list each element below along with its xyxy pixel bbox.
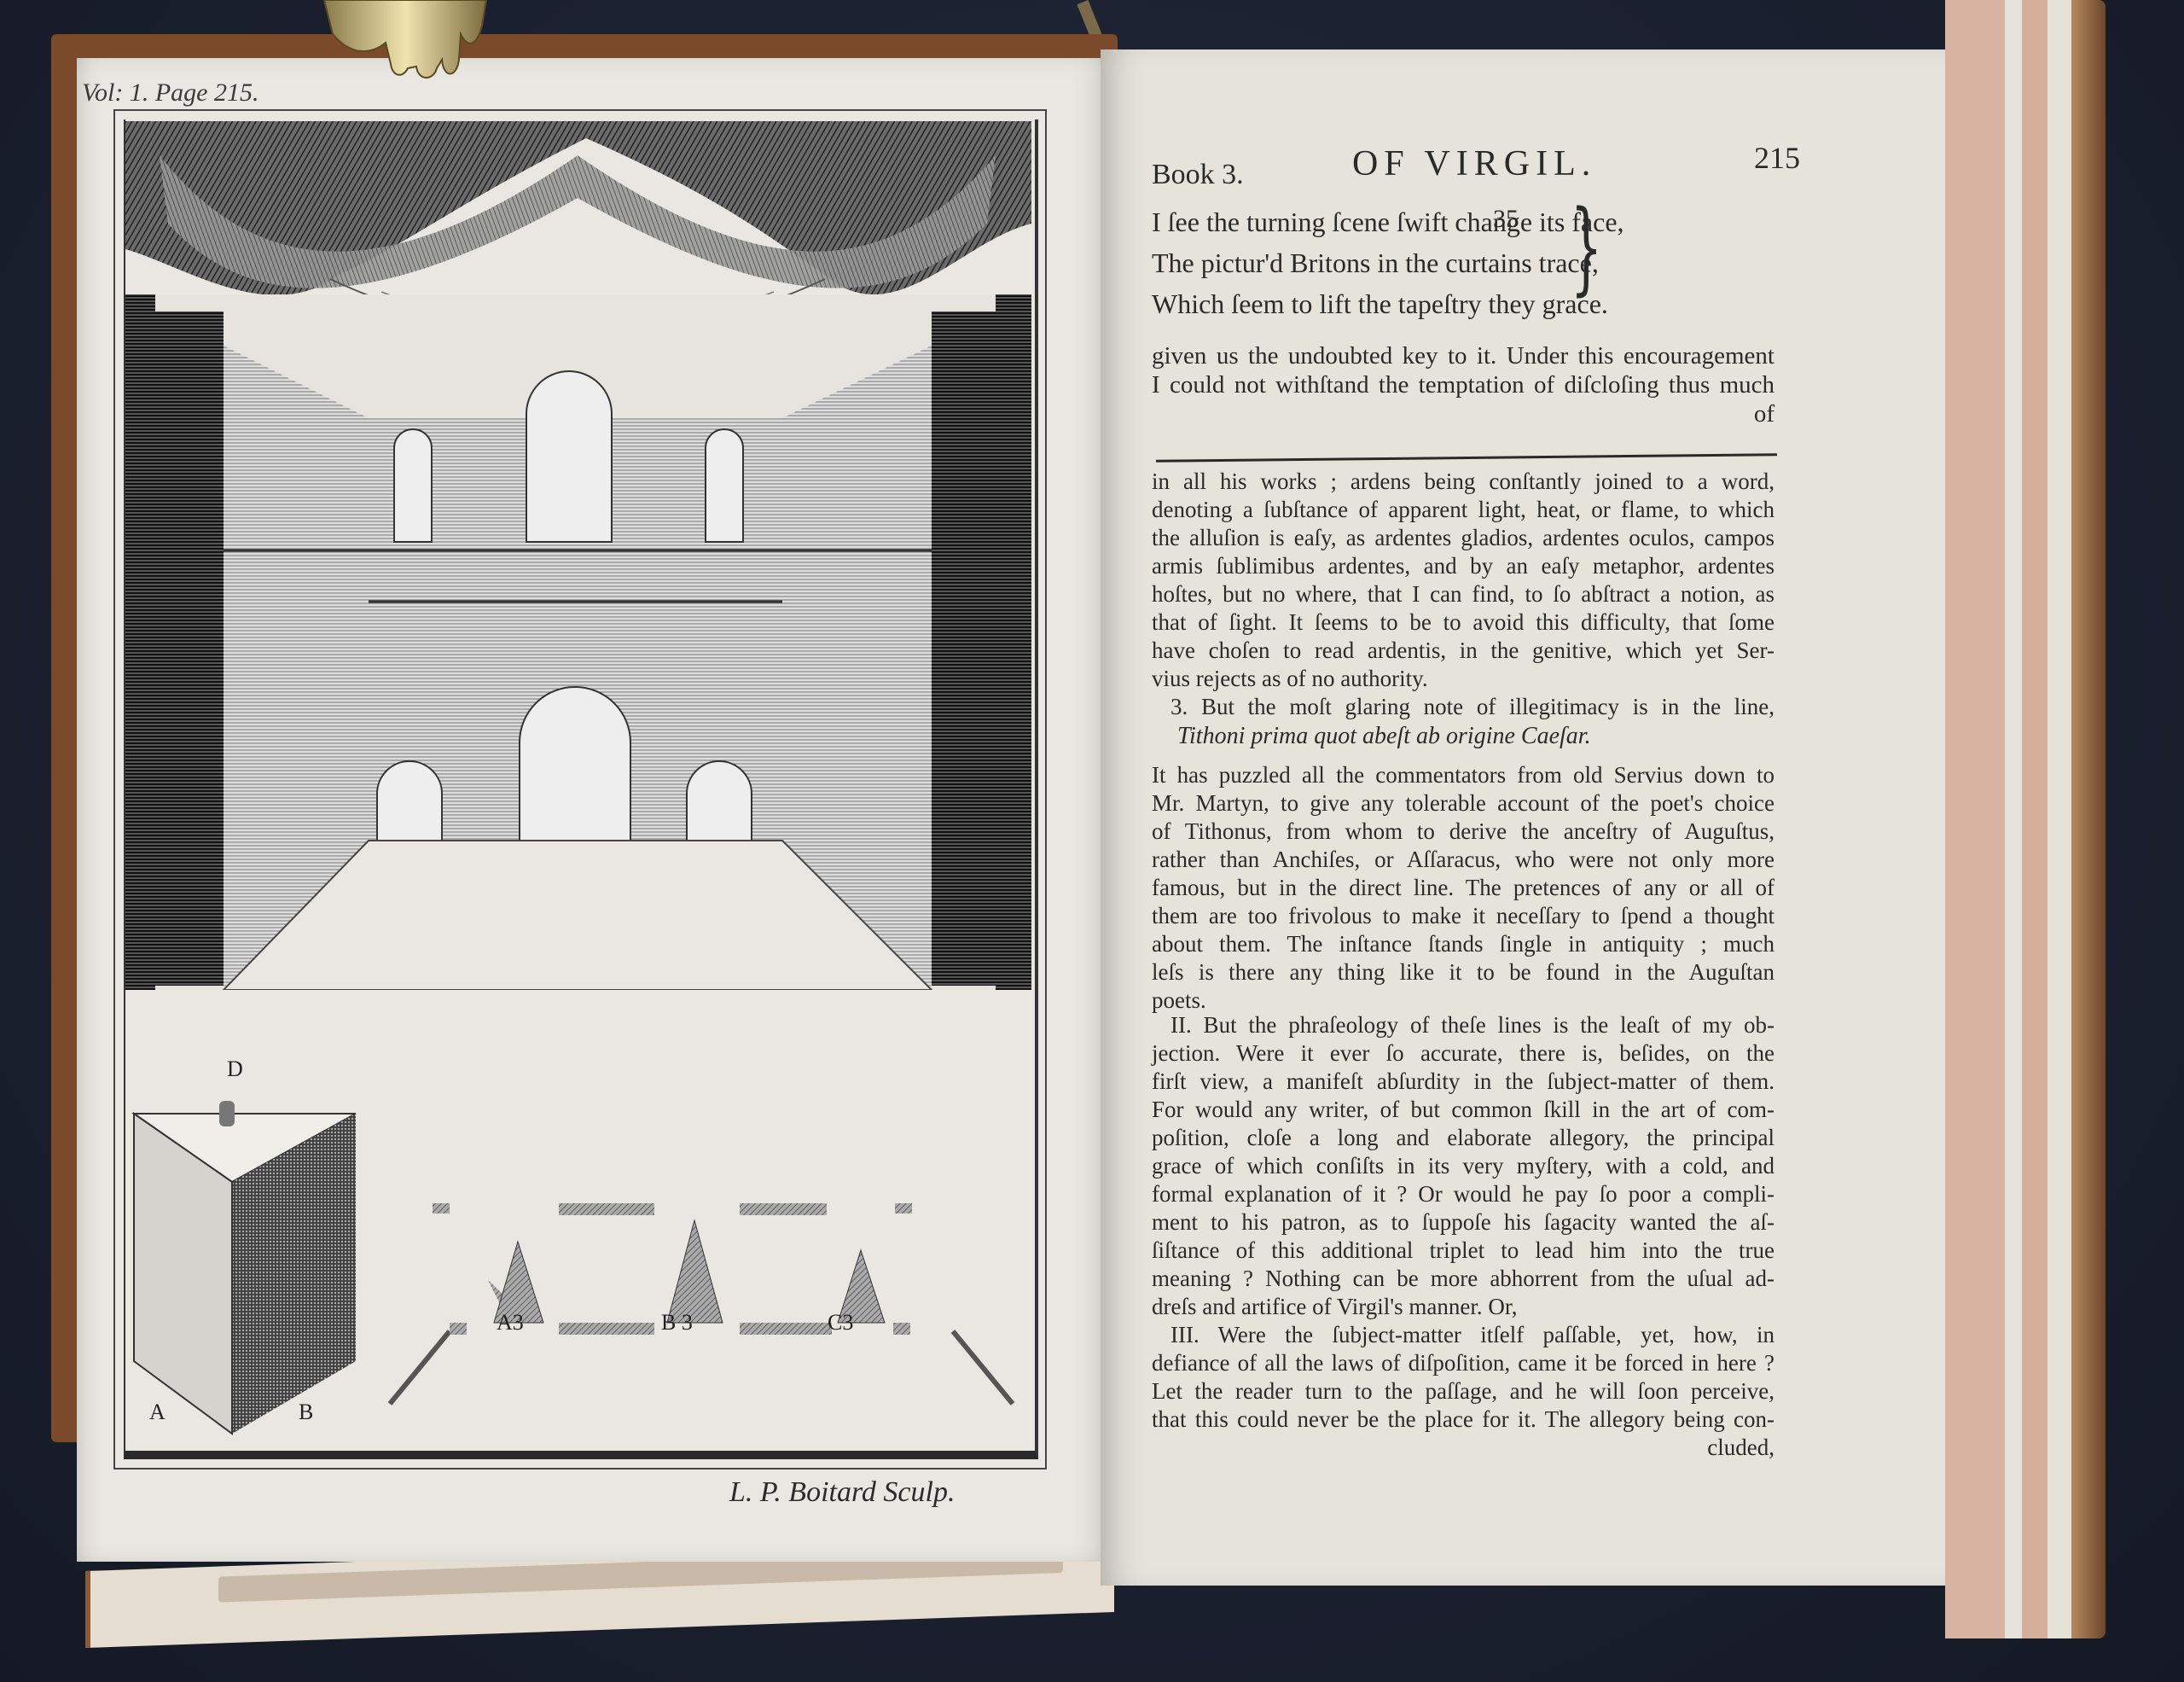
label-a: A <box>149 1400 166 1425</box>
text-line: of Tithonus, from whom to derive the anc… <box>1152 818 1774 846</box>
text-line: Let the reader turn to the paſſage, and … <box>1152 1377 1774 1406</box>
text-line: denoting a ſubſtance of apparent light, … <box>1152 496 1774 524</box>
text-line: vius rejects as of no authority. <box>1152 665 1774 693</box>
text-line: have choſen to read ardentis, in the gen… <box>1152 637 1774 665</box>
running-head-book: Book 3. <box>1152 159 1244 191</box>
text-line: Mr. Martyn, to give any tolerable accoun… <box>1152 789 1774 818</box>
text-line: It has puzzled all the commentators from… <box>1152 761 1774 789</box>
text-line: firſt view, a manifeſt abſurdity in the … <box>1152 1068 1774 1096</box>
text-line: grace of which conſiſts in its very myſt… <box>1152 1152 1774 1180</box>
text-line: given us the undoubted key to it. Under … <box>1152 341 1774 370</box>
text-line: formal explanation of it ? Or would he p… <box>1152 1180 1774 1208</box>
text-line: about them. The inſtance ſtands ſingle i… <box>1152 930 1774 958</box>
brass-hand-bookmark <box>307 0 495 79</box>
text-line: defiance of all the laws of diſpoſition,… <box>1152 1349 1774 1377</box>
text-line: III. Were the ſubject-matter itſelf paſſ… <box>1152 1321 1774 1349</box>
text-line: in all his works ; ardens being conſtant… <box>1152 468 1774 496</box>
text-line: the alluſion is eaſy, as ardentes gladio… <box>1152 524 1774 552</box>
text-line: them are too frivolous to make it neceſſ… <box>1152 902 1774 930</box>
text-line: famous, but in the direct line. The pret… <box>1152 874 1774 902</box>
plate-volume-label: Vol: 1. Page 215. <box>82 79 258 108</box>
text-line: dreſs and artifice of Virgil's manner. O… <box>1152 1293 1774 1321</box>
text-line: meaning ? Nothing can be more abhorrent … <box>1152 1265 1774 1293</box>
running-head-title: OF VIRGIL. <box>1352 143 1596 184</box>
page-edges-stack <box>1945 0 2124 1638</box>
text-line: of <box>1152 399 1774 428</box>
paragraph-a: in all his works ; ardens being conſtant… <box>1152 468 1774 721</box>
text-line: that this could never be the place for i… <box>1152 1406 1774 1434</box>
verse-line: Which ſeem to lift the tapeſtry they gra… <box>1152 283 1800 324</box>
paragraph-c: II. But the phraſeology of theſe lines i… <box>1152 1011 1774 1462</box>
verse-block: I ſee the turning ſcene ſwift change its… <box>1152 201 1800 324</box>
text-line: rather than Anchiſes, or Aſſaracus, who … <box>1152 846 1774 874</box>
verse-line: I ſee the turning ſcene ſwift change its… <box>1152 201 1800 242</box>
page-number: 215 <box>1754 140 1800 176</box>
running-head: Book 3. OF VIRGIL. 215 <box>1152 143 1800 195</box>
text-line: jection. Were it ever ſo accurate, there… <box>1152 1039 1774 1068</box>
text-line: cluded, <box>1152 1434 1774 1462</box>
paragraph-b: It has puzzled all the commentators from… <box>1152 761 1774 1015</box>
engraver-signature: L. P. Boitard Sculp. <box>729 1476 955 1509</box>
text-line: ſiſtance of this additional triplet to l… <box>1152 1237 1774 1265</box>
engraved-prism-diagram <box>125 994 1031 1446</box>
label-b3: B 3 <box>661 1310 693 1336</box>
text-line: hoſtes, but no where, that I can find, t… <box>1152 580 1774 608</box>
text-line: armis ſublimibus ardentes, and by an eaſ… <box>1152 552 1774 580</box>
label-d: D <box>227 1056 243 1082</box>
text-line: poſition, cloſe a long and elaborate all… <box>1152 1124 1774 1152</box>
text-line: For would any writer, of but common ſkil… <box>1152 1096 1774 1124</box>
triplet-brace: } <box>1571 196 1603 297</box>
text-line: II. But the phraſeology of theſe lines i… <box>1152 1011 1774 1039</box>
verse-line-number: 35 <box>1493 205 1519 234</box>
text-line: I could not withſtand the temptation of … <box>1152 370 1774 399</box>
text-above-rule: given us the undoubted key to it. Under … <box>1152 341 1774 428</box>
quoted-latin-line: Tithoni prima quot abeſt ab origine Caeſ… <box>1177 723 1591 750</box>
engraved-stage-set <box>125 294 1031 990</box>
text-line: leſs is there any thing like it to be fo… <box>1152 958 1774 987</box>
label-c3: C3 <box>828 1310 853 1336</box>
verse-line: The pictur'd Britons in the curtains tra… <box>1152 242 1800 283</box>
label-b: B <box>299 1400 313 1425</box>
text-line: that of ſight. It ſeems to be to avoid t… <box>1152 608 1774 637</box>
text-line: ment to his patron, as to ſuppoſe his ſa… <box>1152 1208 1774 1237</box>
text-line: 3. But the moſt glaring note of illegiti… <box>1152 693 1774 721</box>
label-a3: A3 <box>497 1310 524 1336</box>
